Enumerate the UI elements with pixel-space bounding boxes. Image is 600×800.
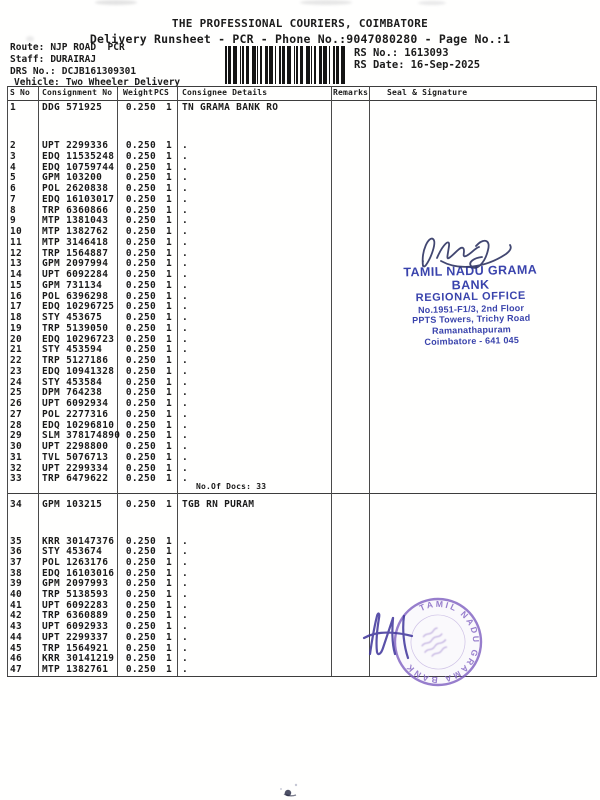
- consignment-no: EDQ 10296810: [42, 420, 114, 431]
- pcs: 1: [156, 183, 172, 194]
- consignee-details: .: [182, 323, 188, 334]
- docs-count: No.Of Docs: 33: [196, 482, 266, 491]
- header-weight: Weight: [123, 88, 153, 97]
- consignee-details: .: [182, 409, 188, 420]
- serial-no: 33: [10, 473, 22, 484]
- pcs: 1: [156, 226, 172, 237]
- weight: 0.250: [122, 215, 156, 226]
- table-row: 21STY 4535940.2501.: [0, 344, 600, 355]
- table-row: 25DPM 7642380.2501.: [0, 387, 600, 398]
- consignment-no: STY 453584: [42, 377, 102, 388]
- table-row: 30UPT 22988000.2501.: [0, 441, 600, 452]
- serial-no: 14: [10, 269, 22, 280]
- pcs: 1: [156, 334, 172, 345]
- pcs: 1: [156, 398, 172, 409]
- consignment-no: UPT 6092934: [42, 398, 108, 409]
- consignment-no: EDQ 16103016: [42, 568, 114, 579]
- consignment-no: POL 1263176: [42, 557, 108, 568]
- pcs: 1: [156, 172, 172, 183]
- table-row: 40TRP 51385930.2501.: [0, 589, 600, 600]
- consignment-no: TRP 5139050: [42, 323, 108, 334]
- staff-label: Staff:: [10, 54, 44, 65]
- table-row: 41UPT 60922830.2501.: [0, 600, 600, 611]
- table-row: 4EDQ 107597440.2501.: [0, 162, 600, 173]
- consignee-details: .: [182, 140, 188, 151]
- consignment-no: GPM 103215: [42, 499, 102, 510]
- weight: 0.250: [122, 578, 156, 589]
- consignment-no: EDQ 11535248: [42, 151, 114, 162]
- consignee-details: .: [182, 258, 188, 269]
- consignment-no: KRR 30147376: [42, 536, 114, 547]
- consignment-no: POL 2277316: [42, 409, 108, 420]
- consignee-details: .: [182, 473, 188, 484]
- pcs: 1: [156, 546, 172, 557]
- rs-date-line: RS Date:16-Sep-2025: [354, 59, 480, 71]
- weight: 0.250: [122, 248, 156, 259]
- serial-no: 6: [10, 183, 16, 194]
- consignment-no: GPM 2097994: [42, 258, 108, 269]
- serial-no: 46: [10, 653, 22, 664]
- staff-value: DURAIRAJ: [50, 54, 96, 65]
- serial-no: 30: [10, 441, 22, 452]
- serial-no: 27: [10, 409, 22, 420]
- route-value: NJP ROAD PCR: [50, 42, 124, 53]
- consignee-details: .: [182, 643, 188, 654]
- weight: 0.250: [122, 441, 156, 452]
- consignee-details: .: [182, 557, 188, 568]
- consignment-no: TRP 6479622: [42, 473, 108, 484]
- pcs: 1: [156, 430, 172, 441]
- consignee-details: .: [182, 377, 188, 388]
- consignee-details: .: [182, 312, 188, 323]
- section-divider: [7, 493, 597, 494]
- weight: 0.250: [122, 323, 156, 334]
- weight: 0.250: [122, 610, 156, 621]
- pcs: 1: [156, 323, 172, 334]
- table-row: 31TVL 50767130.2501.: [0, 452, 600, 463]
- table-row: 26UPT 60929340.2501.: [0, 398, 600, 409]
- ink-smudge: [274, 780, 314, 800]
- pcs: 1: [156, 653, 172, 664]
- pcs: 1: [156, 621, 172, 632]
- pcs: 1: [156, 632, 172, 643]
- consignee-details: .: [182, 269, 188, 280]
- pcs: 1: [156, 301, 172, 312]
- pcs: 1: [156, 664, 172, 675]
- table-row: 42TRP 63608890.2501.: [0, 610, 600, 621]
- weight: 0.250: [122, 301, 156, 312]
- consignment-no: POL 6396298: [42, 291, 108, 302]
- table-row: 7EDQ 161030170.2501.: [0, 194, 600, 205]
- serial-no: 13: [10, 258, 22, 269]
- weight: 0.250: [122, 653, 156, 664]
- table-row: 28EDQ 102968100.2501.: [0, 420, 600, 431]
- header-pcs: PCS: [154, 88, 169, 97]
- pcs: 1: [156, 280, 172, 291]
- consignment-no: KRR 30141219: [42, 653, 114, 664]
- weight: 0.250: [122, 237, 156, 248]
- consignee-details: .: [182, 463, 188, 474]
- consignee-details: .: [182, 600, 188, 611]
- rs-no-value: 1613093: [404, 47, 448, 59]
- serial-no: 18: [10, 312, 22, 323]
- scan-smudge: [95, 0, 137, 5]
- serial-no: 9: [10, 215, 16, 226]
- table-row: 37POL 12631760.2501.: [0, 557, 600, 568]
- pcs: 1: [156, 589, 172, 600]
- consignee-details: .: [182, 215, 188, 226]
- consignment-no: STY 453594: [42, 344, 102, 355]
- pcs: 1: [156, 215, 172, 226]
- weight: 0.250: [122, 546, 156, 557]
- serial-no: 19: [10, 323, 22, 334]
- serial-no: 3: [10, 151, 16, 162]
- serial-no: 41: [10, 600, 22, 611]
- consignee-details: .: [182, 151, 188, 162]
- pcs: 1: [156, 344, 172, 355]
- weight: 0.250: [122, 377, 156, 388]
- table-row: 23EDQ 109413280.2501.: [0, 366, 600, 377]
- consignee-details: .: [182, 194, 188, 205]
- rs-date-value: 16-Sep-2025: [411, 59, 481, 71]
- pcs: 1: [156, 102, 172, 113]
- serial-no: 37: [10, 557, 22, 568]
- weight: 0.250: [122, 430, 156, 441]
- serial-no: 20: [10, 334, 22, 345]
- consignment-no: UPT 2299334: [42, 463, 108, 474]
- consignee-details: .: [182, 430, 188, 441]
- pcs: 1: [156, 452, 172, 463]
- header-consignee-details: Consignee Details: [182, 88, 267, 97]
- consignee-details: .: [182, 632, 188, 643]
- header-seal-signature: Seal & Signature: [387, 88, 467, 97]
- consignment-no: GPM 103200: [42, 172, 102, 183]
- serial-no: 12: [10, 248, 22, 259]
- consignee-details: .: [182, 162, 188, 173]
- weight: 0.250: [122, 420, 156, 431]
- consignment-no: SLM 378174890: [42, 430, 120, 441]
- table-row: 2UPT 22993360.2501.: [0, 140, 600, 151]
- consignee-details: .: [182, 536, 188, 547]
- weight: 0.250: [122, 162, 156, 173]
- serial-no: 34: [10, 499, 22, 510]
- serial-no: 44: [10, 632, 22, 643]
- table-row: 45TRP 15649210.2501.: [0, 643, 600, 654]
- consignee-details: .: [182, 568, 188, 579]
- pcs: 1: [156, 258, 172, 269]
- consignee-details: .: [182, 248, 188, 259]
- pcs: 1: [156, 366, 172, 377]
- consignment-no: TRP 1564921: [42, 643, 108, 654]
- consignment-no: TRP 6360889: [42, 610, 108, 621]
- weight: 0.250: [122, 409, 156, 420]
- drs-line: DRS No.:DCJB161309301: [10, 66, 136, 77]
- serial-no: 45: [10, 643, 22, 654]
- serial-no: 42: [10, 610, 22, 621]
- weight: 0.250: [122, 589, 156, 600]
- consignee-details: .: [182, 205, 188, 216]
- table-row: 6POL 26208380.2501.: [0, 183, 600, 194]
- pcs: 1: [156, 420, 172, 431]
- consignee-details: .: [182, 398, 188, 409]
- weight: 0.250: [122, 499, 156, 510]
- header-s-no: S No: [10, 88, 30, 97]
- consignee-details: .: [182, 546, 188, 557]
- pcs: 1: [156, 151, 172, 162]
- consignment-no: POL 2620838: [42, 183, 108, 194]
- serial-no: 40: [10, 589, 22, 600]
- header-consignment-no: Consignment No: [42, 88, 112, 97]
- consignee-details: .: [182, 355, 188, 366]
- consignee-details: .: [182, 387, 188, 398]
- consignment-no: EDQ 10759744: [42, 162, 114, 173]
- serial-no: 21: [10, 344, 22, 355]
- serial-no: 36: [10, 546, 22, 557]
- pcs: 1: [156, 409, 172, 420]
- signature-icon: [413, 230, 525, 276]
- weight: 0.250: [122, 269, 156, 280]
- consignment-no: EDQ 16103017: [42, 194, 114, 205]
- pcs: 1: [156, 355, 172, 366]
- consignee-details: .: [182, 344, 188, 355]
- serial-no: 35: [10, 536, 22, 547]
- table-row: 44UPT 22993370.2501.: [0, 632, 600, 643]
- consignee-details: .: [182, 237, 188, 248]
- consignment-no: UPT 6092933: [42, 621, 108, 632]
- pcs: 1: [156, 237, 172, 248]
- consignment-no: EDQ 10296723: [42, 334, 114, 345]
- table-header-border: [7, 100, 597, 101]
- weight: 0.250: [122, 568, 156, 579]
- consignee-details: .: [182, 452, 188, 463]
- pcs: 1: [156, 387, 172, 398]
- serial-no: 43: [10, 621, 22, 632]
- consignment-no: DPM 764238: [42, 387, 102, 398]
- weight: 0.250: [122, 280, 156, 291]
- scan-smudge: [300, 0, 352, 5]
- rs-no-label: RS No.:: [354, 47, 398, 59]
- weight: 0.250: [122, 632, 156, 643]
- consignee-details: .: [182, 301, 188, 312]
- pcs: 1: [156, 557, 172, 568]
- weight: 0.250: [122, 463, 156, 474]
- weight: 0.250: [122, 258, 156, 269]
- table-row: 35KRR 301473760.2501.: [0, 536, 600, 547]
- pcs: 1: [156, 600, 172, 611]
- consignment-no: UPT 2298800: [42, 441, 108, 452]
- consignee-details: .: [182, 578, 188, 589]
- consignment-no: UPT 6092284: [42, 269, 108, 280]
- serial-no: 16: [10, 291, 22, 302]
- consignment-no: TRP 5138593: [42, 589, 108, 600]
- table-row: 27POL 22773160.2501.: [0, 409, 600, 420]
- consignment-no: EDQ 10296725: [42, 301, 114, 312]
- consignee-details: TGB RN PURAM: [182, 499, 254, 510]
- table-row: 47MTP 13827610.2501.: [0, 664, 600, 675]
- consignee-details: .: [182, 366, 188, 377]
- pcs: 1: [156, 140, 172, 151]
- table-row: 34GPM 1032150.2501TGB RN PURAM: [0, 499, 600, 510]
- table-row: 32UPT 22993340.2501.: [0, 463, 600, 474]
- weight: 0.250: [122, 291, 156, 302]
- serial-no: 1: [10, 102, 16, 113]
- rs-date-label: RS Date:: [354, 59, 405, 71]
- consignment-no: TRP 1564887: [42, 248, 108, 259]
- pcs: 1: [156, 499, 172, 510]
- consignment-no: TRP 6360866: [42, 205, 108, 216]
- signature-icon: [358, 604, 438, 666]
- consignee-details: .: [182, 334, 188, 345]
- drs-label: DRS No.:: [10, 66, 56, 77]
- table-row: 22TRP 51271860.2501.: [0, 355, 600, 366]
- table-row: 43UPT 60929330.2501.: [0, 621, 600, 632]
- consignment-no: GPM 731134: [42, 280, 102, 291]
- serial-no: 10: [10, 226, 22, 237]
- weight: 0.250: [122, 183, 156, 194]
- serial-no: 29: [10, 430, 22, 441]
- pcs: 1: [156, 377, 172, 388]
- consignment-no: MTP 1381043: [42, 215, 108, 226]
- pcs: 1: [156, 205, 172, 216]
- table-row: 38EDQ 161030160.2501.: [0, 568, 600, 579]
- table-row: 29SLM 3781748900.2501.: [0, 430, 600, 441]
- serial-no: 23: [10, 366, 22, 377]
- table-row: 1DDG 5719250.2501TN GRAMA BANK RO: [0, 102, 600, 113]
- weight: 0.250: [122, 344, 156, 355]
- table-row: 3EDQ 115352480.2501.: [0, 151, 600, 162]
- consignee-details: .: [182, 664, 188, 675]
- pcs: 1: [156, 473, 172, 484]
- header-remarks: Remarks: [333, 88, 368, 97]
- consignee-details: .: [182, 280, 188, 291]
- table-row: 33TRP 64796220.2501.: [0, 473, 600, 484]
- weight: 0.250: [122, 621, 156, 632]
- table-row: 36STY 4536740.2501.: [0, 546, 600, 557]
- table-row: 39GPM 20979930.2501.: [0, 578, 600, 589]
- weight: 0.250: [122, 140, 156, 151]
- serial-no: 4: [10, 162, 16, 173]
- pcs: 1: [156, 269, 172, 280]
- weight: 0.250: [122, 334, 156, 345]
- weight: 0.250: [122, 664, 156, 675]
- serial-no: 39: [10, 578, 22, 589]
- pcs: 1: [156, 536, 172, 547]
- weight: 0.250: [122, 172, 156, 183]
- consignment-no: MTP 1382761: [42, 664, 108, 675]
- table-top-border: [7, 86, 597, 87]
- pcs: 1: [156, 194, 172, 205]
- table-row: 9MTP 13810430.2501.: [0, 215, 600, 226]
- consignment-no: EDQ 10941328: [42, 366, 114, 377]
- pcs: 1: [156, 248, 172, 259]
- consignment-no: MTP 1382762: [42, 226, 108, 237]
- drs-value: DCJB161309301: [62, 66, 136, 77]
- serial-no: 31: [10, 452, 22, 463]
- weight: 0.250: [122, 452, 156, 463]
- consignment-no: UPT 2299336: [42, 140, 108, 151]
- serial-no: 24: [10, 377, 22, 388]
- weight: 0.250: [122, 473, 156, 484]
- consignee-details: .: [182, 589, 188, 600]
- serial-no: 15: [10, 280, 22, 291]
- pcs: 1: [156, 578, 172, 589]
- consignment-no: STY 453674: [42, 546, 102, 557]
- barcode: [225, 46, 351, 84]
- pcs: 1: [156, 610, 172, 621]
- consignee-details: .: [182, 226, 188, 237]
- table-row: 46KRR 301412190.2501.: [0, 653, 600, 664]
- serial-no: 2: [10, 140, 16, 151]
- consignment-no: MTP 3146418: [42, 237, 108, 248]
- serial-no: 17: [10, 301, 22, 312]
- weight: 0.250: [122, 151, 156, 162]
- serial-no: 38: [10, 568, 22, 579]
- page-title: THE PROFESSIONAL COURIERS, COIMBATORE: [0, 17, 600, 30]
- consignee-details: .: [182, 441, 188, 452]
- consignee-details: .: [182, 621, 188, 632]
- consignee-details: .: [182, 291, 188, 302]
- pcs: 1: [156, 291, 172, 302]
- weight: 0.250: [122, 205, 156, 216]
- table-bottom-border: [7, 676, 597, 677]
- serial-no: 5: [10, 172, 16, 183]
- staff-line: Staff:DURAIRAJ: [10, 54, 96, 65]
- weight: 0.250: [122, 366, 156, 377]
- pcs: 1: [156, 568, 172, 579]
- weight: 0.250: [122, 355, 156, 366]
- serial-no: 25: [10, 387, 22, 398]
- scan-smudge: [418, 1, 446, 5]
- consignment-no: UPT 2299337: [42, 632, 108, 643]
- serial-no: 32: [10, 463, 22, 474]
- weight: 0.250: [122, 312, 156, 323]
- weight: 0.250: [122, 536, 156, 547]
- rs-no-line: RS No.:1613093: [354, 47, 449, 59]
- serial-no: 28: [10, 420, 22, 431]
- pcs: 1: [156, 312, 172, 323]
- weight: 0.250: [122, 194, 156, 205]
- pcs: 1: [156, 463, 172, 474]
- scanned-delivery-runsheet: THE PROFESSIONAL COURIERS, COIMBATORE De…: [0, 0, 600, 800]
- pcs: 1: [156, 643, 172, 654]
- consignment-no: TVL 5076713: [42, 452, 108, 463]
- consignment-no: STY 453675: [42, 312, 102, 323]
- weight: 0.250: [122, 643, 156, 654]
- serial-no: 8: [10, 205, 16, 216]
- serial-no: 22: [10, 355, 22, 366]
- table-row: 24STY 4535840.2501.: [0, 377, 600, 388]
- table-row: 5GPM 1032000.2501.: [0, 172, 600, 183]
- consignment-no: TRP 5127186: [42, 355, 108, 366]
- consignee-details: .: [182, 420, 188, 431]
- weight: 0.250: [122, 226, 156, 237]
- pcs: 1: [156, 162, 172, 173]
- weight: 0.250: [122, 387, 156, 398]
- consignment-no: UPT 6092283: [42, 600, 108, 611]
- weight: 0.250: [122, 600, 156, 611]
- consignment-no: GPM 2097993: [42, 578, 108, 589]
- consignee-details: .: [182, 610, 188, 621]
- consignee-details: .: [182, 172, 188, 183]
- route-label: Route:: [10, 42, 44, 53]
- consignee-details: .: [182, 653, 188, 664]
- weight: 0.250: [122, 398, 156, 409]
- pcs: 1: [156, 441, 172, 452]
- serial-no: 11: [10, 237, 22, 248]
- consignment-no: DDG 571925: [42, 102, 102, 113]
- serial-no: 47: [10, 664, 22, 675]
- consignee-details: .: [182, 183, 188, 194]
